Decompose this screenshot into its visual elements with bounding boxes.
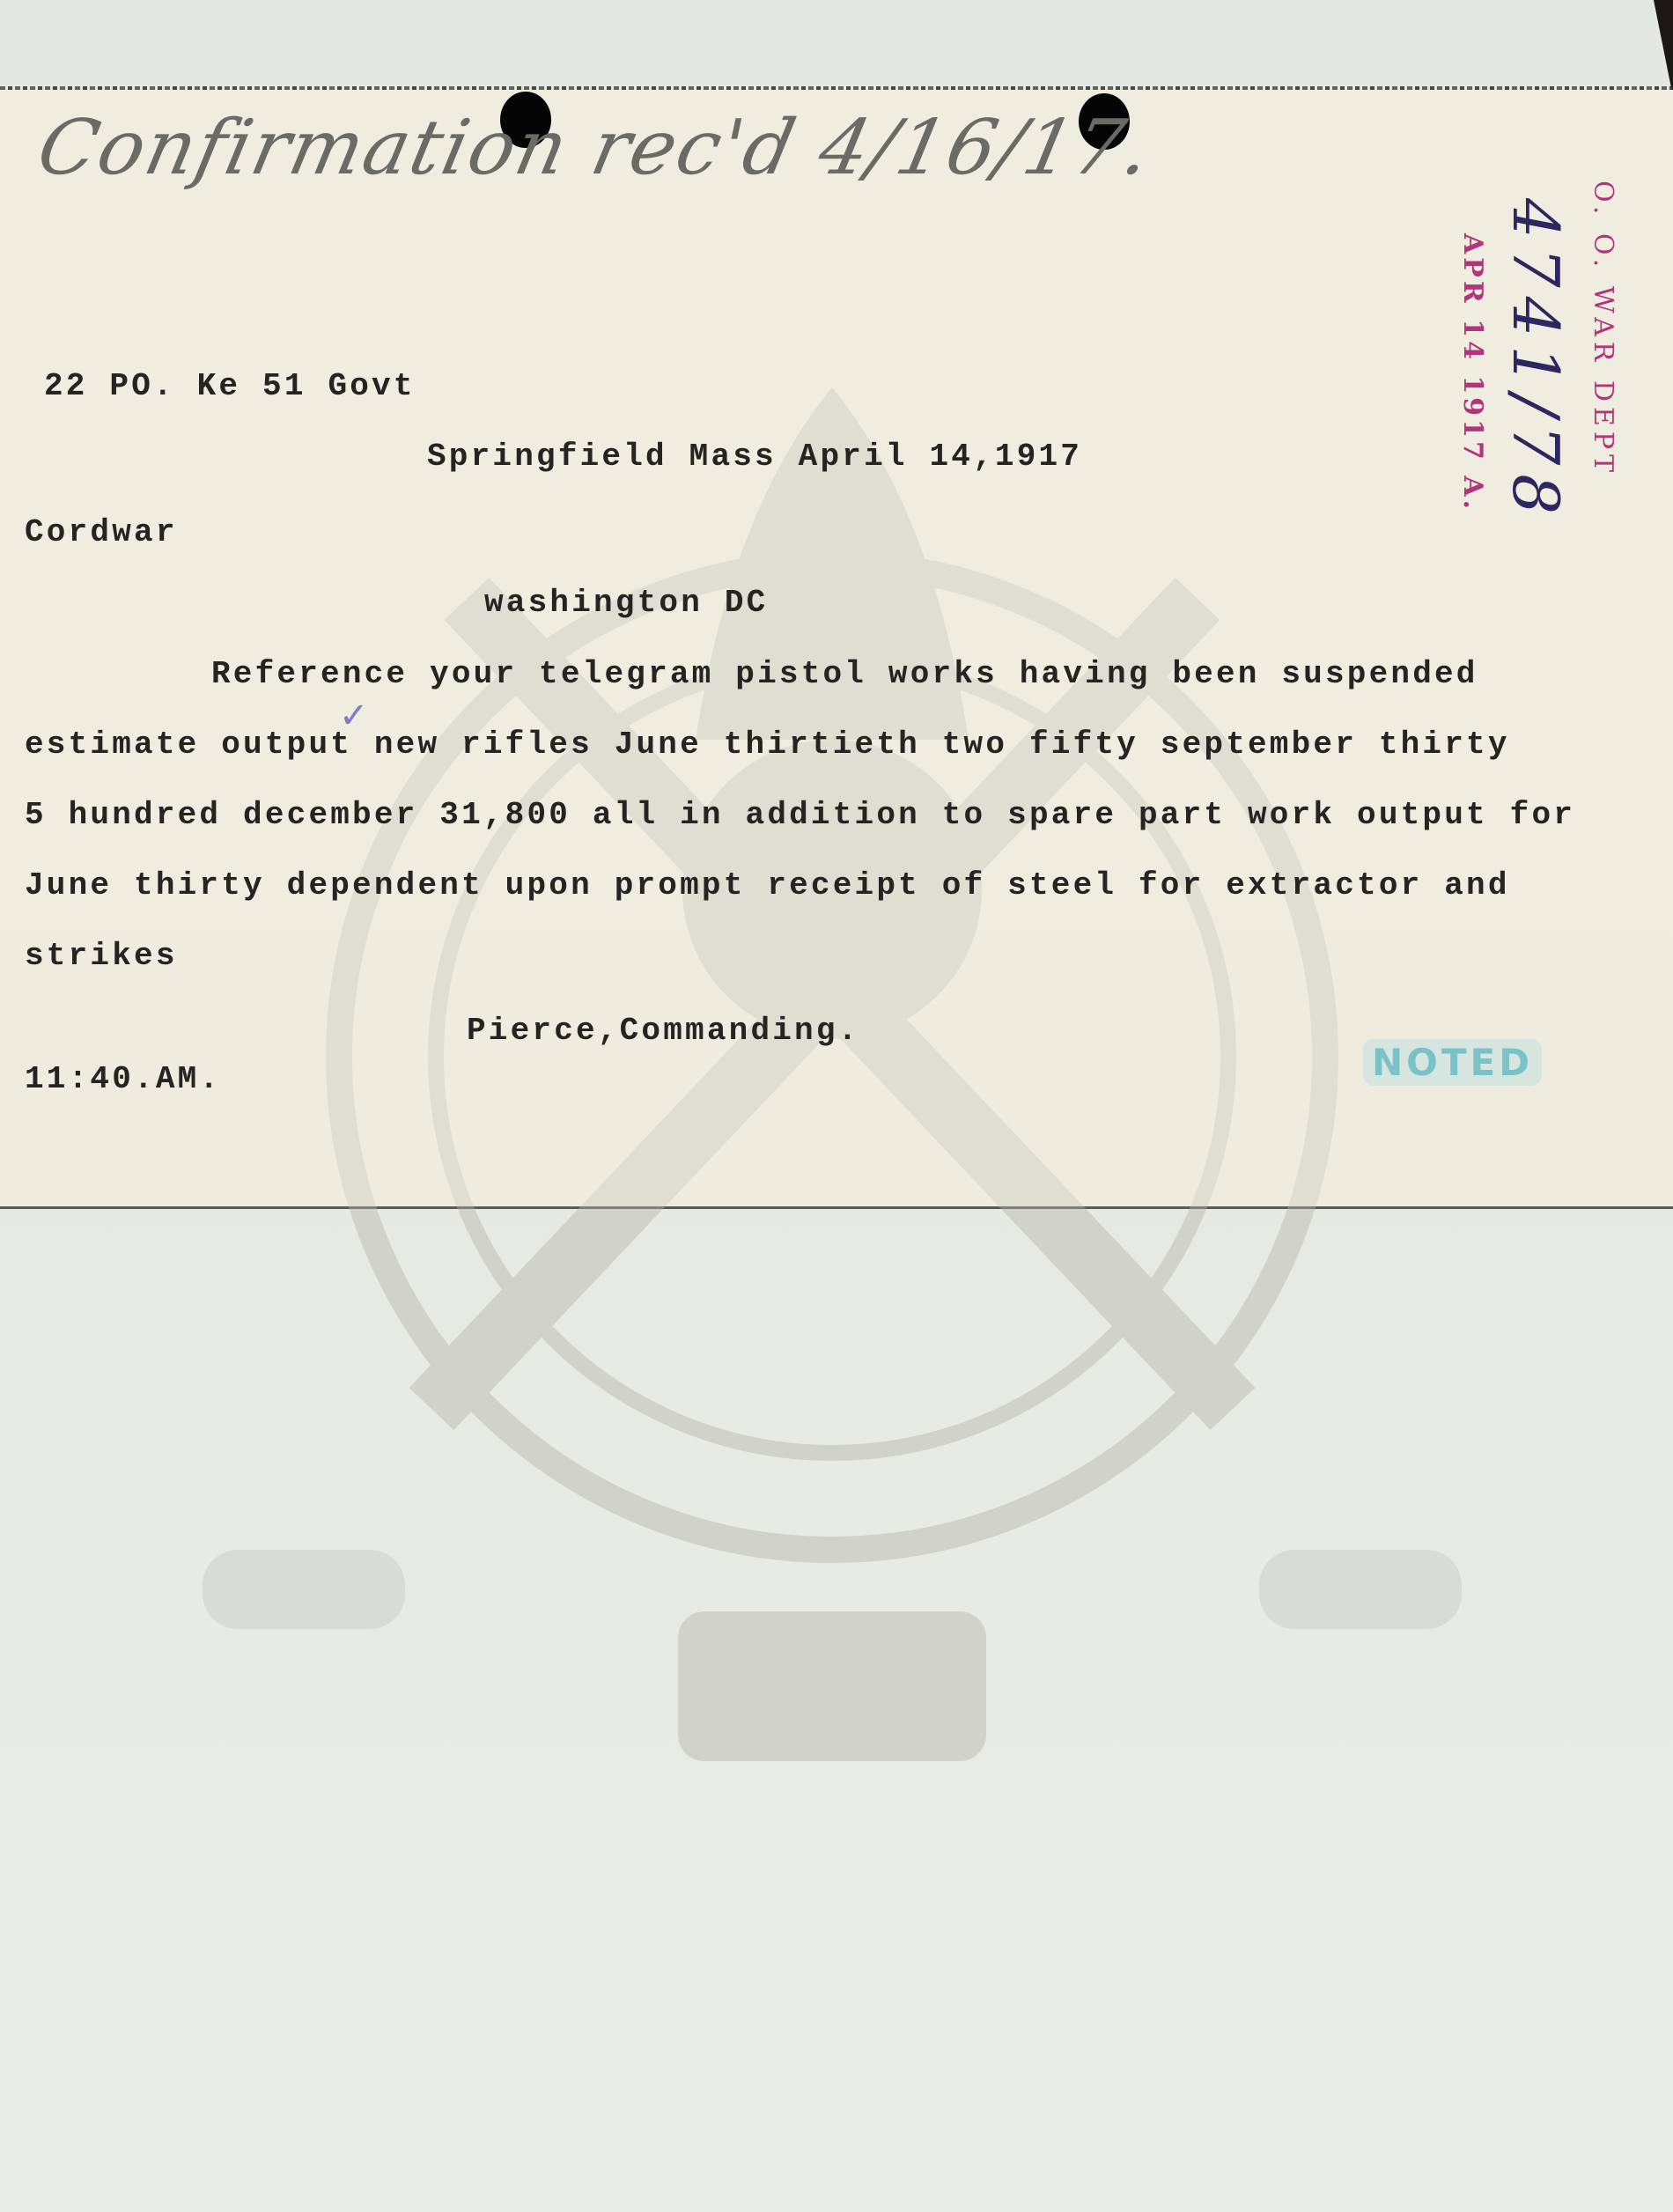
check-mark-icon: ✓ bbox=[339, 696, 369, 736]
body-line-4: June thirty dependent upon prompt receip… bbox=[25, 867, 1510, 903]
addressee: Cordwar bbox=[25, 514, 178, 550]
body-line-1: Reference your telegram pistol works hav… bbox=[211, 656, 1478, 692]
time-received: 11:40.AM. bbox=[25, 1061, 221, 1097]
handwritten-confirmation-note: Confirmation rec'd 4/16/17. bbox=[30, 104, 1160, 192]
dark-background-corner bbox=[1654, 0, 1673, 97]
perforated-top-edge bbox=[0, 86, 1673, 90]
stamp-department: O. O. WAR DEPT bbox=[1588, 181, 1618, 477]
signature: Pierce,Commanding. bbox=[467, 1013, 859, 1049]
body-line-5: strikes bbox=[25, 938, 178, 974]
body-line-3: 5 hundred december 31,800 all in additio… bbox=[25, 797, 1575, 833]
origin-dateline: Springfield Mass April 14,1917 bbox=[427, 439, 1082, 475]
noted-stamp: NOTED bbox=[1363, 1039, 1542, 1086]
stamp-file-number: 4741/78 bbox=[1499, 198, 1573, 523]
header-code: 22 PO. Ke 51 Govt bbox=[44, 368, 416, 404]
body-line-2: estimate output new rifles June thirtiet… bbox=[25, 726, 1510, 763]
war-dept-receipt-stamp: O. O. WAR DEPT 4741/78 APR 14 1917 A. bbox=[1391, 181, 1638, 550]
address-city: washington DC bbox=[484, 585, 768, 621]
stamp-date: APR 14 1917 A. bbox=[1457, 233, 1488, 512]
